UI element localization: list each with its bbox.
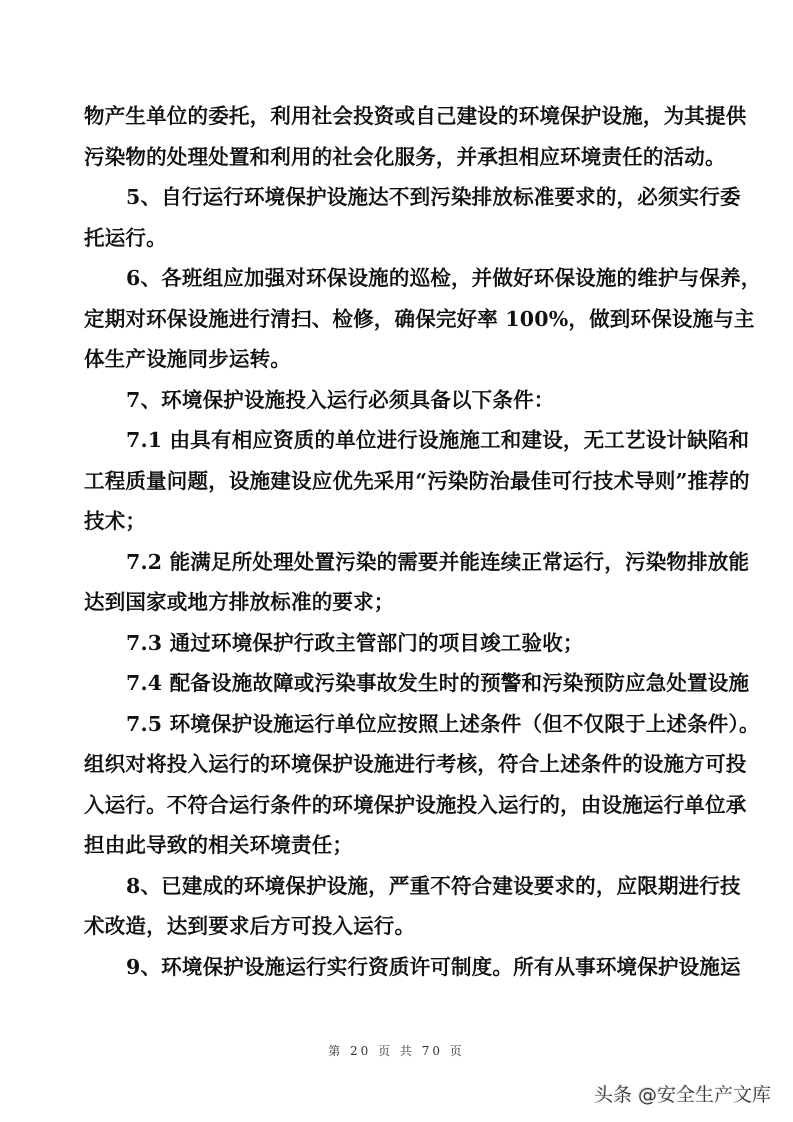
paragraph-7: 7、环境保护设施投入运行必须具备以下条件：: [84, 380, 718, 421]
text-line: 污染物的处理处置和利用的社会化服务，并承担相应环境责任的活动。: [84, 137, 718, 178]
text-line: 工程质量问题，设施建设应优先采用“污染防治最佳可行技术导则”推荐的: [84, 461, 718, 502]
watermark: 头条 @安全生产文库: [594, 1080, 771, 1107]
text-line: 体生产设施同步运转。: [84, 339, 718, 380]
paragraph-8: 8、已建成的环境保护设施，严重不符合建设要求的，应限期进行技: [84, 866, 718, 907]
page-number-footer: 第 20 页 共 70 页: [0, 1042, 793, 1059]
text-line: 术改造，达到要求后方可投入运行。: [84, 906, 718, 947]
text-line: 入运行。不符合运行条件的环境保护设施投入运行的，由设施运行单位承: [84, 785, 718, 826]
paragraph-5: 5、自行运行环境保护设施达不到污染排放标准要求的，必须实行委: [84, 177, 718, 218]
text-line: 托运行。: [84, 218, 718, 259]
paragraph-7-1: 7.1 由具有相应资质的单位进行设施施工和建设，无工艺设计缺陷和: [84, 420, 718, 461]
document-body: 物产生单位的委托，利用社会投资或自己建设的环境保护设施，为其提供 污染物的处理处…: [84, 96, 718, 987]
text-line: 技术；: [84, 501, 718, 542]
text-line: 担由此导致的相关环境责任；: [84, 825, 718, 866]
text-line: 物产生单位的委托，利用社会投资或自己建设的环境保护设施，为其提供: [84, 96, 718, 137]
text-line: 组织对将投入运行的环境保护设施进行考核，符合上述条件的设施方可投: [84, 744, 718, 785]
paragraph-7-2: 7.2 能满足所处理处置污染的需要并能连续正常运行，污染物排放能: [84, 542, 718, 583]
paragraph-7-4: 7.4 配备设施故障或污染事故发生时的预警和污染预防应急处置设施: [84, 663, 718, 704]
paragraph-7-3: 7.3 通过环境保护行政主管部门的项目竣工验收；: [84, 623, 718, 664]
text-line: 定期对环保设施进行清扫、检修，确保完好率 100%，做到环保设施与主: [84, 299, 718, 340]
paragraph-6: 6、各班组应加强对环保设施的巡检，并做好环保设施的维护与保养，: [84, 258, 718, 299]
paragraph-9: 9、环境保护设施运行实行资质许可制度。所有从事环境保护设施运: [84, 947, 718, 988]
text-line: 达到国家或地方排放标准的要求；: [84, 582, 718, 623]
paragraph-7-5: 7.5 环境保护设施运行单位应按照上述条件（但不仅限于上述条件）。: [84, 704, 718, 745]
